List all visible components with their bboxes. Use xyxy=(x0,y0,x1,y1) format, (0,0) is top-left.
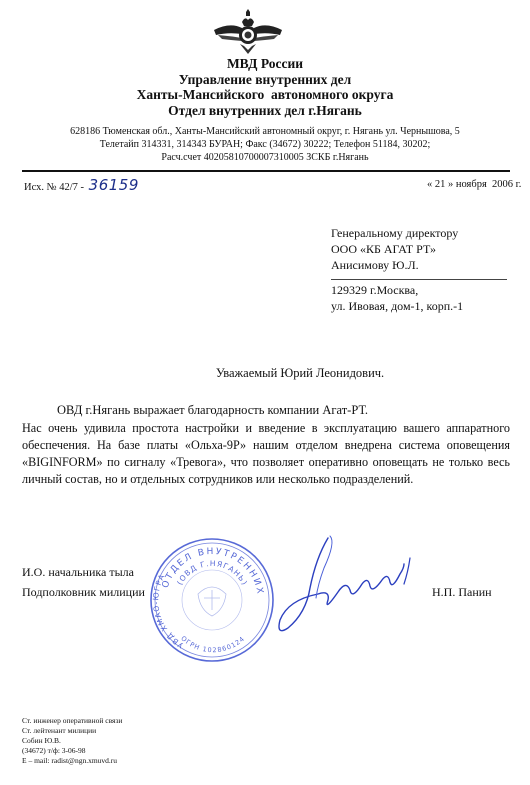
recipient-line: Анисимову Ю.Л. xyxy=(331,257,458,273)
recipient-block: Генеральному директору ООО «КБ АГАТ РТ» … xyxy=(331,225,458,273)
letter-greeting: Уважаемый Юрий Леонидович. xyxy=(0,366,530,381)
footer-line: Ст. лейтенант милиции xyxy=(22,726,122,736)
signatory-rank: Подполковник милиции xyxy=(22,585,145,600)
recipient-address-line: 129329 г.Москва, xyxy=(331,282,463,298)
recipient-line: Генеральному директору xyxy=(331,225,458,241)
letter-body: Нас очень удивила простота настройки и в… xyxy=(22,420,510,488)
letterhead-divider xyxy=(22,170,510,172)
handwritten-reference-number: 36159 xyxy=(89,176,139,194)
recipient-address-line: ул. Ивовая, дом-1, корп.-1 xyxy=(331,298,463,314)
mvd-emblem-icon xyxy=(212,8,284,56)
contact-footer: Ст. инженер оперативной связи Ст. лейтен… xyxy=(22,716,122,766)
signatory-position: И.О. начальника тыла xyxy=(22,565,134,580)
letterhead-address: 628186 Тюменская обл., Ханты-Мансийский … xyxy=(0,125,530,164)
footer-line: Ст. инженер оперативной связи xyxy=(22,716,122,726)
address-line: Телетайп 314331, 314343 БУРАН; Факс (346… xyxy=(0,138,530,151)
address-line: Расч.счет 40205810700007310005 ЗСКБ г.Ня… xyxy=(0,151,530,164)
official-stamp-icon: ОТДЕЛ ВНУТРЕННИХ (ОВД Г.НЯГАНЬ) УВД ХМАО… xyxy=(148,536,276,664)
letterhead-line: Ханты-Мансийского автономного округа xyxy=(0,87,530,103)
outgoing-reference: Исх. № 42/7 - 36159 xyxy=(24,176,139,194)
letter-date: « 21 » ноября 2006 г. xyxy=(427,179,521,190)
recipient-divider xyxy=(331,279,507,280)
letter-thanks: ОВД г.Нягань выражает благодарность комп… xyxy=(57,403,368,418)
footer-line: (34672) т/ф: 3-06-98 xyxy=(22,746,122,756)
footer-email: E – mail: radist@ngn.xmuvd.ru xyxy=(22,756,122,766)
recipient-line: ООО «КБ АГАТ РТ» xyxy=(331,241,458,257)
address-line: 628186 Тюменская обл., Ханты-Мансийский … xyxy=(0,125,530,138)
handwritten-signature-icon xyxy=(258,528,418,638)
letterhead-line: Управление внутренних дел xyxy=(0,72,530,88)
reference-prefix: Исх. № 42/7 - xyxy=(24,182,84,193)
footer-line: Собин Ю.В. xyxy=(22,736,122,746)
recipient-address: 129329 г.Москва, ул. Ивовая, дом-1, корп… xyxy=(331,282,463,314)
letterhead-line: Отдел внутренних дел г.Нягань xyxy=(0,103,530,119)
letterhead-line: МВД России xyxy=(0,56,530,72)
svg-text:ОТДЕЛ ВНУТРЕННИХ: ОТДЕЛ ВНУТРЕННИХ xyxy=(161,547,265,596)
signatory-name: Н.П. Панин xyxy=(432,585,492,600)
letterhead-org: МВД России Управление внутренних дел Хан… xyxy=(0,56,530,118)
